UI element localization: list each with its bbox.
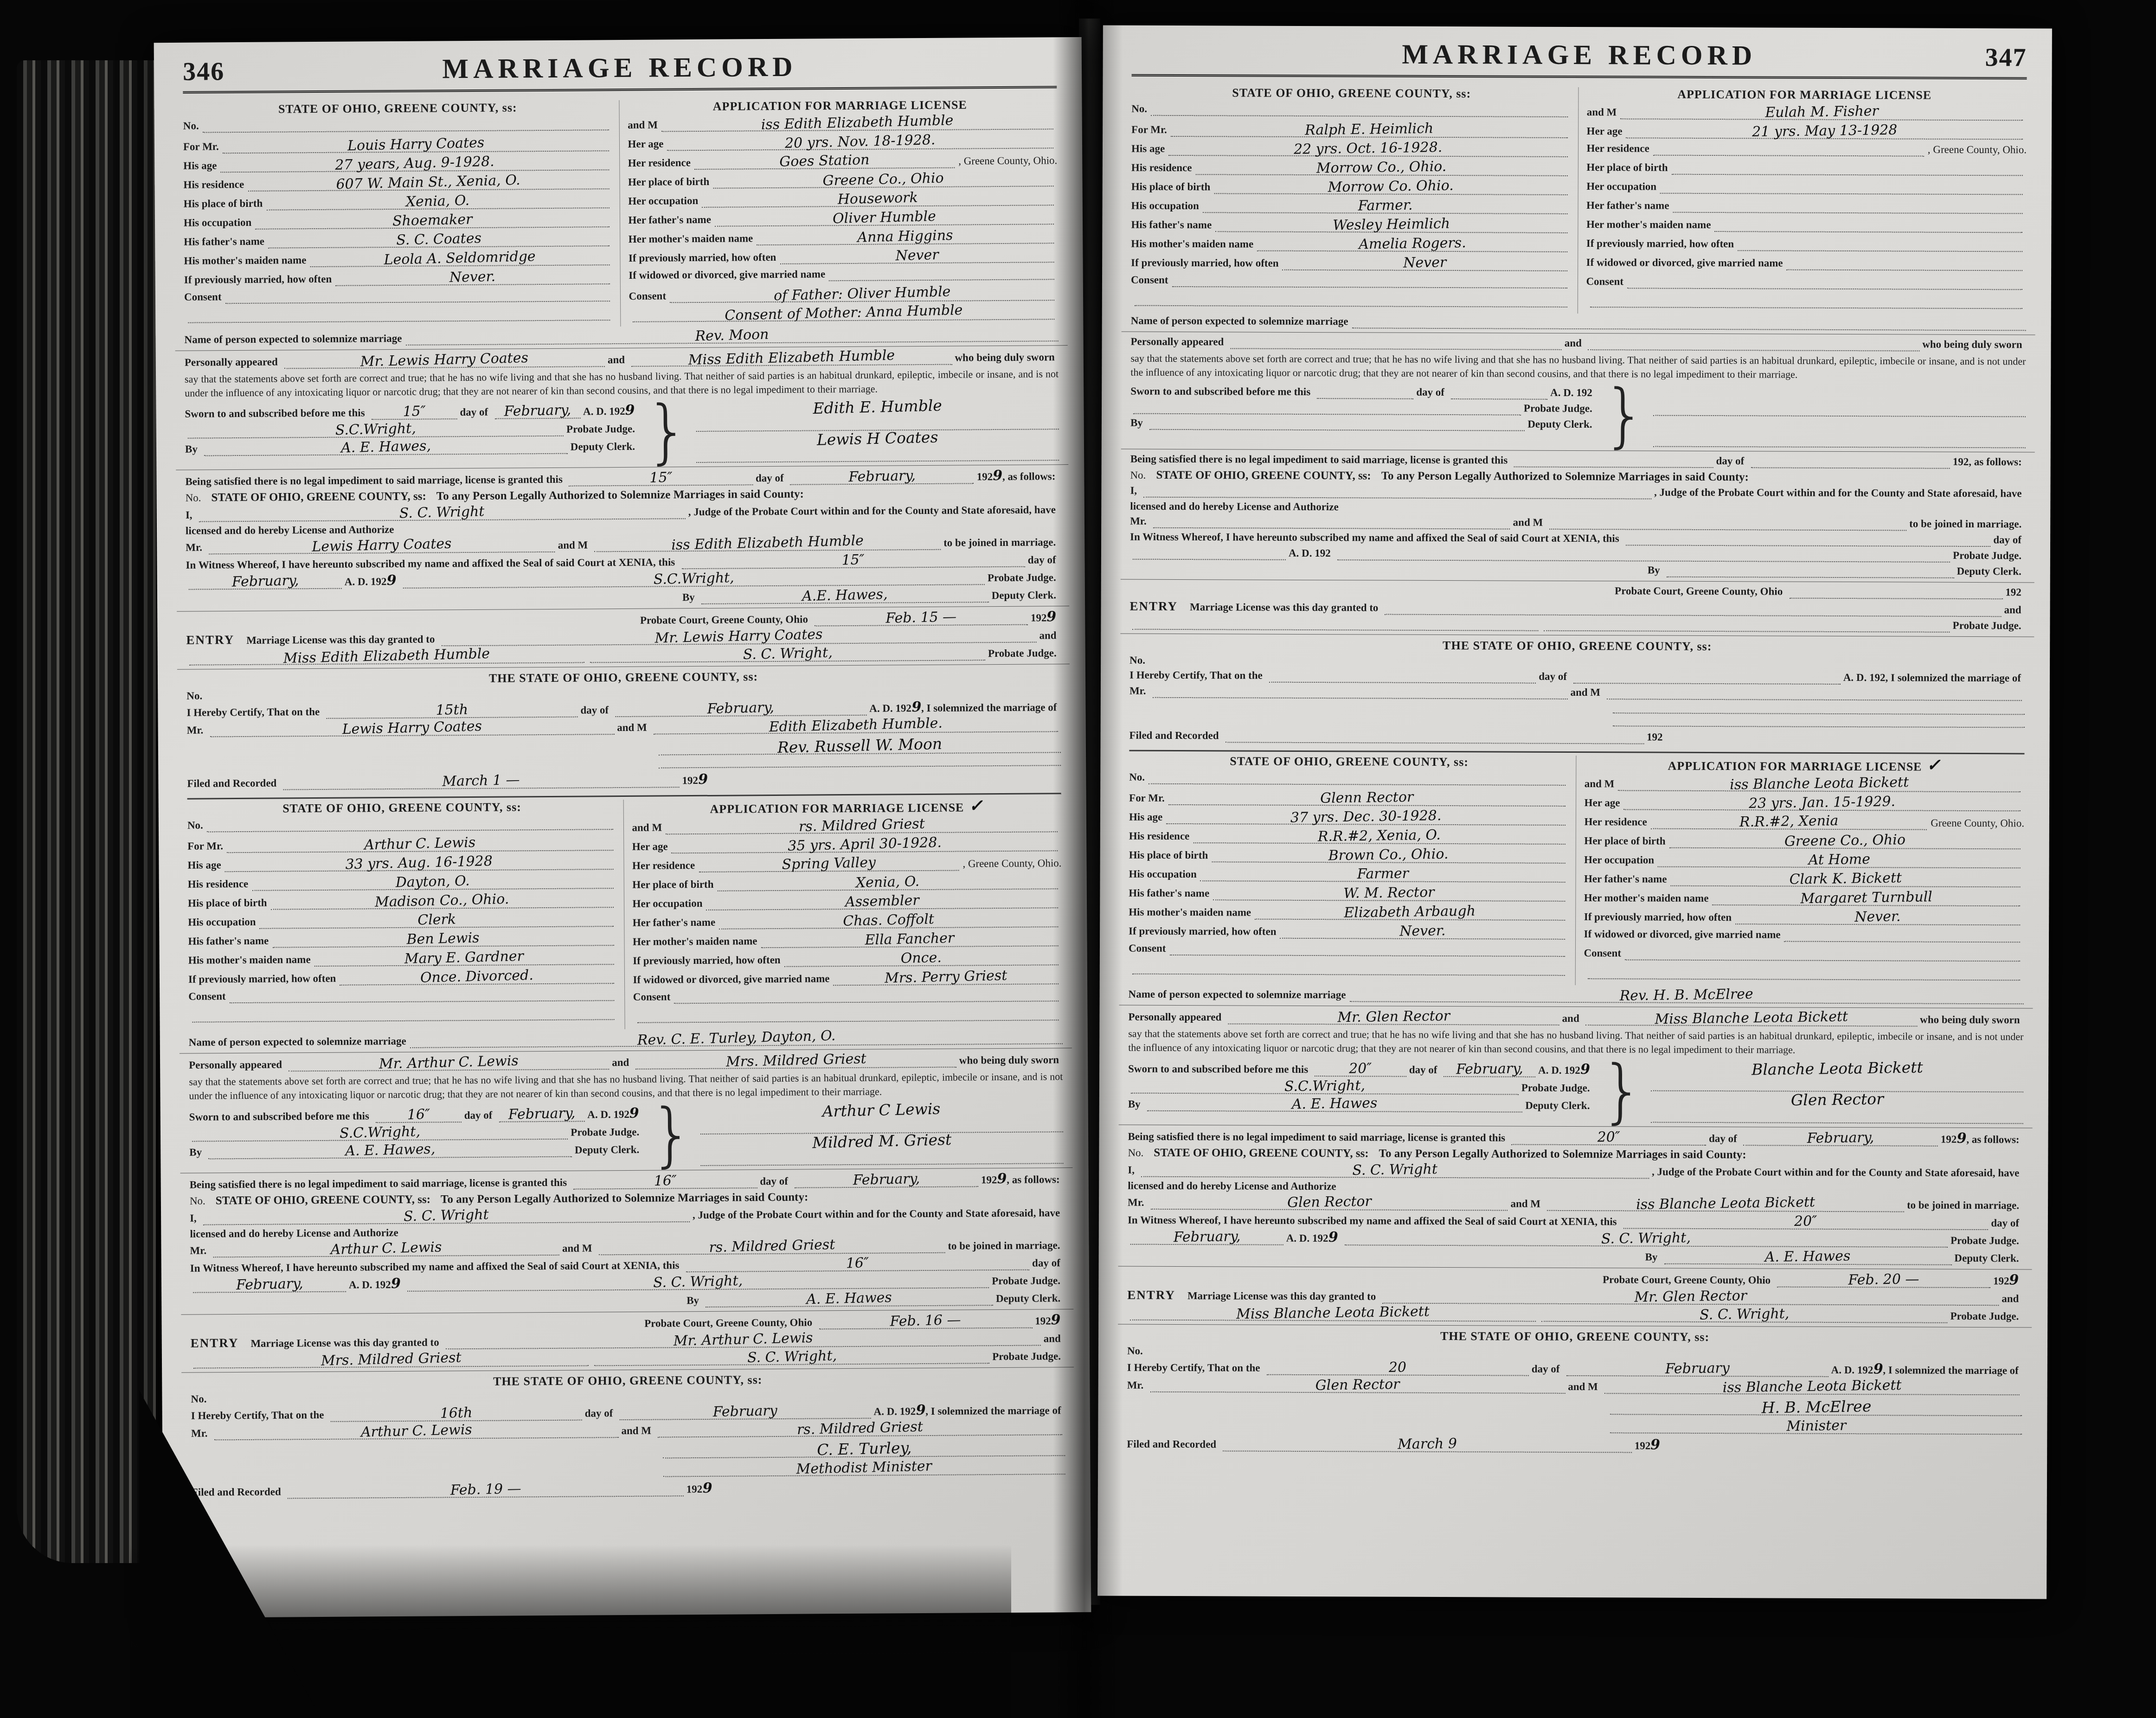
field-value-line: W. M. Rector [1213,886,1565,902]
certificate-no-row: No. [1127,1345,2022,1360]
field-label: His age [1129,811,1166,823]
form-field-row [188,1007,618,1026]
certificate-bride-line: rs. Mildred Griest [658,1420,1062,1437]
form-field-row: Consent of Father: Oliver Humble [629,286,1058,304]
state-county-heading: STATE OF OHIO, GREENE COUNTY, ss: [1131,86,1572,101]
field-label: His mother's maiden name [1129,906,1255,919]
brace-glyph: } [643,1103,700,1167]
license-authorize-row: licensed and do hereby License and Autho… [1128,1180,2023,1195]
brace-glyph: } [1596,385,1653,447]
form-field-row: Consent [184,288,614,307]
judge-signature: S.C.Wright, [335,422,417,438]
personally-appeared-row: Personally appeared and who being duly s… [1130,336,2026,352]
field-label: If previously married, how often [1129,925,1280,938]
y192: 192 [981,1174,997,1186]
witness-month: February, [231,574,299,589]
state-county-heading: STATE OF OHIO, GREENE COUNTY, ss: [1129,754,1569,769]
field-label: Her age [628,138,667,150]
appeared-bride-line: Mrs. Mildred Griest [635,1053,956,1070]
sworn-signature-grid: Sworn to and subscribed before me this 1… [185,398,1059,467]
field-value-line [1784,929,2020,943]
field-value-line: Assembler [706,894,1058,911]
witness-date-judge-row: A. D. 192 Probate Judge. [1130,547,2025,563]
officiant-signature-block: C. E. Turley, Methodist Minister [191,1438,1065,1482]
day-of-label: day of [1409,1064,1441,1076]
entry-label: ENTRY [186,633,246,647]
field-label: Her mother's maiden name [633,936,761,949]
handwritten-value: Never. [449,270,496,285]
form-field-row: If previously married, how often [1586,237,2027,255]
license-groom-name: Arthur C. Lewis [330,1240,442,1257]
application-heading-text: APPLICATION FOR MARRIAGE LICENSE [713,98,967,113]
judge-name-line [1143,485,1651,500]
license-bride-name: iss Edith Elizabeth Humble [671,534,864,553]
joined-label: to be joined in marriage. [1909,518,2025,531]
filed-date-line: March 9 [1223,1436,1632,1453]
certificate-section: THE STATE OF OHIO, GREENE COUNTY, ss: No… [186,668,1061,791]
field-value-line: Chas. Coffolt [719,913,1058,930]
witness-clause: In Witness Whereof, I have hereunto subs… [190,1259,683,1274]
sworn-day: 15″ [403,405,426,419]
entry-judge-line [1544,618,1950,633]
form-field-row: and M iss Edith Elizabeth Humble [628,115,1057,133]
license-day-line: 16″ [573,1173,757,1189]
bride-signature: Edith E. Humble [813,398,942,417]
entry-judge-signature: S. C. Wright, [747,1349,837,1365]
day-of-label: day of [1709,1133,1741,1145]
field-value-line [192,1007,614,1023]
appeared-groom-name: Mr. Lewis Harry Coates [360,351,529,369]
ad-printed: A. D. 192 [1550,387,1592,398]
handwritten-value: Spring Valley [782,856,876,872]
clerk-signature-row: By Deputy Clerk. [1130,417,1596,432]
ad-label: A. D. 1929 [345,574,400,588]
judge-name-line: S. C. Wright [199,505,685,522]
field-value-line: Xenia, O. [266,193,609,211]
witness-row: In Witness Whereof, I have hereunto subs… [1128,1212,2023,1230]
sworn-body-paragraph: say that the statements above set forth … [189,1070,1063,1103]
field-value-line: Spring Valley [699,856,959,872]
form-field-row: Her residence Goes Station , Greene Coun… [628,153,1058,171]
license-heading-row: No. STATE OF OHIO, GREENE COUNTY, ss: To… [186,487,1059,505]
handwritten-value: Eulah M. Fisher [1765,104,1879,120]
no-label: No. [191,1393,210,1405]
field-value-line [203,117,609,133]
form-field-row: No. [187,817,617,835]
probate-court-date-row: Probate Court, Greene County, Ohio Feb. … [186,610,1060,631]
license-bride-name: rs. Mildred Griest [709,1238,835,1255]
field-value-line: Ben Lewis [272,931,614,948]
entry-section: Probate Court, Greene County, Ohio Feb. … [190,1313,1065,1369]
day-of-label: day of [1991,1217,2023,1229]
judge-clause: , Judge of the Probate Court within and … [688,504,1059,519]
form-field-row: His age 22 yrs. Oct. 16-1928. [1131,141,1572,158]
field-value-line [1672,162,2023,176]
license-bride-line: rs. Mildred Griest [598,1238,945,1256]
form-field-row: For Mr. Ralph E. Heimlich [1131,122,1572,139]
form-field-row: Her father's name [1586,199,2027,217]
certificate-bride-name: rs. Mildred Griest [797,1420,924,1436]
form-field-row: For Mr. Arthur C. Lewis [187,836,617,854]
mr-label: Mr. [1130,515,1150,527]
form-field-row: His place of birth Brown Co., Ohio. [1129,847,1569,865]
and-label: and [2002,1293,2022,1305]
handwritten-value: of Father: Oliver Humble [774,285,951,303]
license-year-digit: 9 [993,469,1003,483]
handwritten-value: Dayton, O. [396,874,470,890]
form-field-row [1586,295,2026,312]
form-field-row: His father's name S. C. Coates [184,231,613,250]
form-field-row: Her place of birth Greene Co., Ohio [628,172,1058,190]
year-printed: 1929 [682,773,712,787]
sworn-month-line: February, [494,404,580,419]
bride-signature: Blanche Leota Bickett [1752,1059,1923,1077]
form-field-row: His residence 607 W. Main St., Xenia, O. [183,174,613,193]
judge-name: S. C. Wright [399,505,485,521]
filed-row: Filed and Recorded March 1 — 1929 [187,773,712,791]
no-label: No. [186,492,201,504]
field-label: Her mother's maiden name [1586,218,1715,231]
form-field-row: Her mother's maiden name [1586,218,2027,236]
witness-day: 15″ [841,553,865,568]
handwritten-value: 21 yrs. May 13-1928 [1752,123,1897,139]
groom-fields: No. For Mr. Glenn Rector His age [1129,771,1569,979]
satisfied-label: Being satisfied there is no legal impedi… [190,1176,571,1191]
field-label: For Mr. [187,840,227,853]
duly-sworn-label: who being duly sworn [1922,339,2026,351]
field-value-line: Mary E. Gardner [314,950,614,967]
and-m-label: and M [1568,1381,1602,1393]
duly-sworn-label: who being duly sworn [955,351,1059,364]
i-label: I, [190,1212,200,1224]
judge-signature-row: S.C.Wright, Probate Judge. [1128,1078,1594,1095]
license-clerk-signature: A. E. Hawes [806,1291,892,1307]
page-number-left: 346 [183,57,225,87]
officiant-title-line [1613,718,2025,728]
field-label: Consent [184,291,225,303]
filed-year-digit: 9 [702,1481,712,1495]
certify-label: I Hereby Certify, That on the [1127,1361,1264,1374]
field-value-line: 22 yrs. Oct. 16-1928. [1168,141,1567,157]
to-any-person-heading: To any Person Legally Authorized to Sole… [1379,1147,1746,1161]
sworn-day-line: 15″ [371,405,457,420]
personally-appeared-row: Personally appeared Mr. Lewis Harry Coat… [185,349,1059,370]
field-value-line [1132,962,1565,976]
y192: 192 [1035,1315,1051,1327]
mr-label: Mr. [1128,1196,1148,1208]
ad-year-digit: 9 [625,404,635,417]
field-value-line [829,267,1054,281]
form-field-row: Her residence Spring Valley , Greene Cou… [632,856,1062,874]
entry-bride-name: Miss Edith Elizabeth Humble [283,647,490,666]
entry-groom-name: Mr. Arthur C. Lewis [673,1331,813,1348]
by-label: By [687,1295,703,1307]
form-field-row: His occupation Farmer [1129,866,1569,884]
ad-printed: A. D. 192 [345,576,387,588]
appeared-bride-name: Miss Edith Elizabeth Humble [688,349,895,367]
ad-year-digit: 9 [629,1106,640,1120]
field-value-line: 27 years, Aug. 9-1928. [220,155,609,173]
form-field-row: Consent [188,988,618,1006]
probate-court-label: Probate Court, Greene County, Ohio [1615,585,1786,598]
solemnized-label: , I solemnized the marriage of [1883,1364,2019,1376]
judge-signature: S.C.Wright, [340,1125,421,1141]
judge-name-row: I, S. C. Wright , Judge of the Probate C… [1128,1162,2023,1180]
field-label: and M [1585,778,1618,790]
witness-day-line [1626,533,1991,547]
day-of-label: day of [1539,671,1571,683]
sworn-day-line [1317,386,1413,399]
probate-court-label: Probate Court, Greene County, Ohio [1603,1274,1774,1286]
field-value-line [207,817,613,833]
handwritten-value: Madison Co., Ohio. [375,892,509,910]
witness-row: In Witness Whereof, I have hereunto subs… [190,1255,1064,1276]
field-value-line [230,988,614,1003]
entry-groom-line [1385,602,2001,617]
entry-date: Feb. 20 — [1848,1272,1919,1287]
field-value-line: Mrs. Perry Griest [833,970,1059,986]
certificate-no-row: No. [1129,654,2025,670]
sworn-section: Personally appeared Mr. Arthur C. Lewis … [189,1052,1063,1169]
couple-row: Mr. Arthur C. Lewis and M rs. Mildred Gr… [190,1237,1064,1258]
field-value-line: 20 yrs. Nov. 18-1928. [667,134,1053,151]
officiant-title-line [659,757,1061,769]
y192: 192 [1647,731,1663,743]
form-field-row: If previously married, how often Once. [633,951,1062,969]
field-label: Her age [1585,797,1624,809]
ad-label: A. D. 1929, I solemnized the marriage of [869,700,1060,715]
solemnize-label: Name of person expected to solemnize mar… [189,1035,410,1049]
field-value-line: Wesley Heimlich [1215,217,1567,233]
entry-groom-line: Mr. Arthur C. Lewis [446,1331,1041,1349]
ad-printed: A. D. 192 [1843,672,1886,683]
certificate-groom-line [1152,685,1567,699]
sworn-before-label: Sworn to and subscribed before me this [1130,385,1314,398]
field-label: and M [632,822,666,834]
handwritten-value: Goes Station [779,153,870,169]
mr-label: Mr. [191,1427,212,1439]
license-judge-signature: S.C.Wright, [653,571,734,587]
license-clerk-sig-line: A. E. Hawes [706,1291,993,1308]
judge-name-line: S. C. Wright [1141,1162,1649,1179]
license-day-line: 15″ [569,471,753,487]
by-label: By [185,443,201,455]
y192: 192 [1953,456,1969,468]
officiant-signature-block: Rev. Russell W. Moon [187,735,1061,774]
officiant-signature: C. E. Turley, [817,1440,912,1457]
field-label: Her place of birth [628,176,713,188]
entry-granted-row: ENTRY Marriage License was this day gran… [1127,1288,2022,1306]
handwritten-value: Leola A. Seldomridge [384,250,536,267]
license-day-line [1514,455,1713,468]
field-label: If widowed or divorced, give married nam… [1586,256,1787,269]
license-year-digit: 9 [1957,1132,1966,1146]
groom-column: STATE OF OHIO, GREENE COUNTY, ss: No. Fo… [183,100,613,329]
ad-printed: A. D. 192 [1831,1364,1874,1376]
and-m-label: and M [1570,686,1604,699]
groom-column: STATE OF OHIO, GREENE COUNTY, ss: No. Fo… [1131,86,1572,314]
form-field-row: His mother's maiden name Amelia Rogers. [1131,236,1571,253]
sworn-body-paragraph: say that the statements above set forth … [185,367,1059,400]
form-field-row: Her father's name Clark K. Bickett [1584,871,2024,888]
y192: 192 [687,1483,703,1495]
as-follows: , as follows: [1007,1173,1060,1186]
joined-label: to be joined in marriage. [948,1239,1064,1252]
field-label: If previously married, how often [1586,237,1738,250]
groom-signature-line [1653,416,2026,448]
form-field-row: If previously married, how often Never. [184,269,614,288]
handwritten-value: 37 yrs. Dec. 30-1928. [1290,809,1441,826]
entry-date-line [1789,586,2002,600]
field-value-line: of Father: Oliver Humble [670,286,1054,303]
satisfied-row: Being satisfied there is no legal impedi… [190,1172,1064,1192]
field-value-line: Dayton, O. [252,874,613,891]
no-label: No. [1128,1147,1143,1159]
handwritten-value: Xenia, O. [856,875,920,890]
field-value-line [1660,181,2023,195]
field-label: Her residence [632,859,699,872]
field-value-line: Ralph E. Heimlich [1171,122,1568,138]
license-judge-signature: S. C. Wright, [1601,1231,1691,1246]
sworn-month-line: February, [499,1107,584,1122]
handwritten-value: Never [895,248,939,263]
license-month: February, [1807,1131,1874,1146]
field-value-line: Clerk [259,912,613,929]
application-heading-text: APPLICATION FOR MARRIAGE LICENSE [1668,759,1922,774]
handwritten-value: Ella Fancher [865,931,954,948]
license-groom-name: Glen Rector [1287,1195,1371,1210]
handwritten-value: 33 yrs. Aug. 16-1928 [345,854,493,872]
certificate-bride-line: Edith Elizabeth Humble. [654,718,1058,735]
form-field-row: His place of birth Morrow Co. Ohio. [1131,179,1572,196]
certificate-bride-line [1607,687,2022,701]
y192: 192 [1993,1275,2009,1287]
handwritten-value: Mary E. Gardner [404,949,524,966]
ad-label: A. D. 1929 [583,404,639,418]
appeared-groom-name: Mr. Glen Rector [1337,1009,1450,1025]
license-day-line: 20″ [1512,1130,1706,1145]
field-value-line [1149,771,1566,786]
year-printed: 192, as follows: [1953,456,2026,468]
license-month-line: February, [790,469,974,485]
field-label: His place of birth [188,897,271,910]
field-label: Consent [1586,276,1627,288]
entry-label: ENTRY [1127,1288,1187,1302]
ad-label: A. D. 1929 [587,1106,643,1121]
certify-label: I Hereby Certify, That on the [186,706,323,719]
certificate-heading: THE STATE OF OHIO, GREENE COUNTY, ss: [1127,1328,2022,1345]
field-value-line: Louis Harry Coates [223,136,609,154]
entry-granted-row: ENTRY Marriage License was this day gran… [191,1331,1065,1351]
sworn-before-row: Sworn to and subscribed before me this 1… [189,1106,643,1124]
field-label: Consent [1129,942,1170,955]
field-value-line: Arthur C. Lewis [227,836,613,853]
sworn-day: 20″ [1349,1062,1372,1076]
form-field-row: Consent [1129,942,1569,960]
form-field-row: His residence Morrow Co., Ohio. [1131,160,1572,177]
certify-label: I Hereby Certify, That on the [191,1409,328,1422]
left-page-records: STATE OF OHIO, GREENE COUNTY, ss: No. Fo… [183,95,1065,1506]
and-m-label: and M [558,539,592,551]
day-of-label: day of [1993,534,2025,546]
field-label: No. [1131,103,1151,115]
form-field-row: His mother's maiden name Mary E. Gardner [188,950,618,968]
page-title: MARRIAGE RECORD [1174,38,1985,72]
field-value-line: Xenia, O. [717,875,1058,891]
joined-label: to be joined in marriage. [1907,1199,2023,1212]
license-judge-sig-line: S. C. Wright, [407,1273,989,1292]
bride-signature-line [1653,385,2026,417]
field-value-line [1151,103,1568,117]
field-label: Her occupation [1586,180,1660,193]
certificate-heading: THE STATE OF OHIO, GREENE COUNTY, ss: [186,668,1060,688]
license-month: February, [848,469,916,484]
field-value-line: Margaret Turnbull [1712,891,2020,906]
year-printed: 1929, as follows: [977,469,1059,483]
field-printed-tail: , Greene County, Ohio. [1924,144,2027,156]
application-section: STATE OF OHIO, GREENE COUNTY, ss: No. Fo… [187,797,1063,1032]
form-field-row: His age 33 yrs. Aug. 16-1928 [187,855,617,873]
sworn-section: Personally appeared Mr. Lewis Harry Coat… [185,349,1059,466]
clerk-signature-line: A. E. Hawes, [208,1142,572,1159]
field-value-line: rs. Mildred Griest [666,818,1058,835]
field-label: Consent [633,991,674,1004]
field-label: His place of birth [1131,181,1214,193]
sworn-day-line: 16″ [376,1108,462,1123]
clerk-signature: A. E. Hawes [1292,1096,1378,1112]
field-label: If widowed or divorced, give married nam… [633,973,833,987]
witness-day: 16″ [846,1256,869,1270]
field-value-line [1714,219,2022,233]
certificate-heading: THE STATE OF OHIO, GREENE COUNTY, ss: [191,1371,1065,1391]
form-field-row: If previously married, how often Never. [1129,923,1569,941]
form-field-row: If previously married, how often Never [629,248,1058,266]
granted-to-label: Marriage License was this day granted to [250,1336,443,1350]
handwritten-value: Farmer [1357,867,1409,882]
certificate-month: February [1665,1361,1729,1376]
license-section: Being satisfied there is no legal impedi… [185,469,1060,608]
form-field-row: Her residence , Greene County, Ohio. [1586,142,2027,160]
certificate-bride-line: iss Blanche Leota Bickett [1604,1379,2020,1395]
application-heading: APPLICATION FOR MARRIAGE LICENSE✓ [632,797,1061,817]
form-field-row: Her mother's maiden name Ella Fancher [633,932,1062,950]
form-field-row: Her place of birth Xenia, O. [632,875,1062,893]
entry-date-line: Feb. 16 — [819,1313,1032,1329]
section-divider [1122,332,2035,335]
field-value-line [637,1008,1059,1024]
officiant-signature: H. B. McElree [1761,1398,1871,1415]
license-clerk-row: By A. E. Hawes Deputy Clerk. [190,1290,1064,1311]
field-label: If previously married, how often [188,973,340,986]
clerk-checkmark: ✓ [964,797,983,814]
field-label: His mother's maiden name [184,254,310,267]
field-value-line: Never [780,248,1054,264]
entry-granted-row: ENTRY Marriage License was this day gran… [186,628,1060,648]
filed-row: Filed and Recorded March 9 1929 [1127,1436,1664,1453]
form-field-row: Her age 23 yrs. Jan. 15-1929. [1585,795,2025,812]
solemnize-label: Name of person expected to solemnize mar… [1131,315,1352,328]
solemnize-value-line: Rev. Moon [405,327,1058,346]
handwritten-value: Ralph E. Heimlich [1305,122,1433,138]
judge-signature-row: Probate Judge. [1130,401,1596,416]
judge-signature-line [1133,401,1521,416]
y192: 192 [1941,1134,1957,1145]
field-value-line: Leola A. Seldomridge [310,250,610,267]
sworn-day: 16″ [407,1108,430,1122]
year-printed: 192 [2005,587,2025,599]
ad-printed: A. D. 192 [583,405,625,417]
filed-date-line: Feb. 19 — [288,1481,684,1499]
